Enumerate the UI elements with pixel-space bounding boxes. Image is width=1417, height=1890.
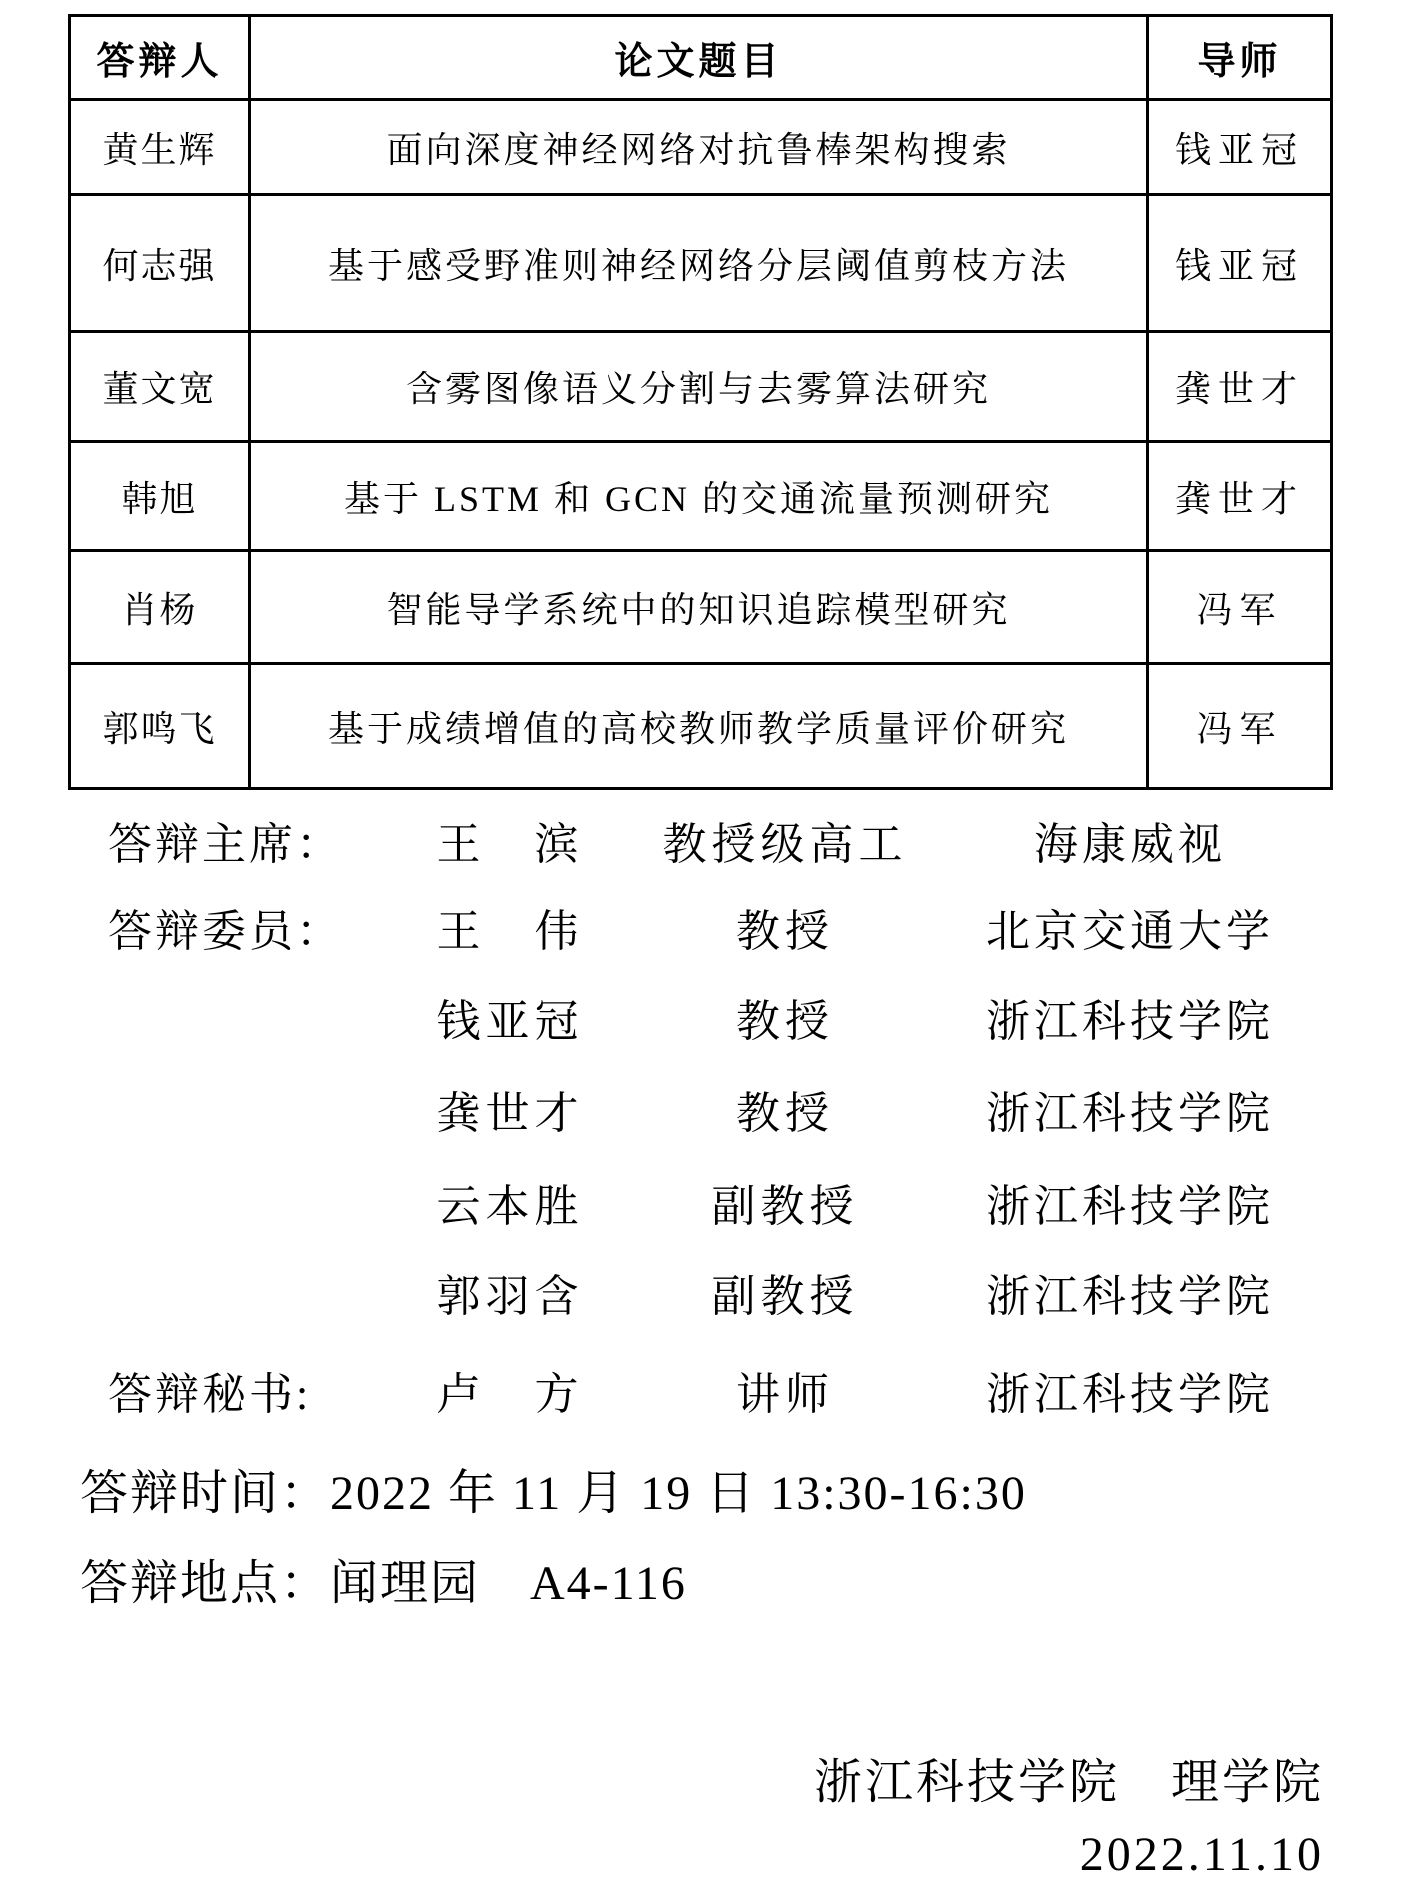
committee-member-title: 讲师 bbox=[642, 1365, 928, 1425]
defender-name: 董文宽 bbox=[70, 332, 250, 442]
committee-member-name: 钱亚冠 bbox=[398, 992, 622, 1052]
committee-role-label: 答辩主席： bbox=[108, 815, 388, 875]
committee-role-label bbox=[108, 992, 388, 1052]
table-header-row: 答辩人 论文题目 导师 bbox=[70, 16, 1332, 100]
defense-time-line: 答辩时间：2022 年 11 月 19 日 13:30-16:30 bbox=[80, 1462, 1027, 1526]
thesis-title: 含雾图像语义分割与去雾算法研究 bbox=[250, 332, 1148, 442]
col-header-advisor: 导师 bbox=[1148, 16, 1332, 100]
defense-location-line: 答辩地点：闻理园 A4-116 bbox=[80, 1552, 687, 1616]
advisor-name: 冯军 bbox=[1148, 551, 1332, 664]
col-header-thesis-title: 论文题目 bbox=[250, 16, 1148, 100]
committee-role-label: 答辩秘书: bbox=[108, 1365, 388, 1425]
committee-member-name: 王 伟 bbox=[398, 902, 622, 962]
table-row: 韩旭 基于 LSTM 和 GCN 的交通流量预测研究 龚世才 bbox=[70, 442, 1332, 551]
advisor-name: 钱亚冠 bbox=[1148, 100, 1332, 195]
advisor-name: 龚世才 bbox=[1148, 442, 1332, 551]
committee-member-title: 副教授 bbox=[642, 1267, 928, 1327]
committee-member-title: 教授 bbox=[642, 992, 928, 1052]
document-page: 答辩人 论文题目 导师 黄生辉 面向深度神经网络对抗鲁棒架构搜索 钱亚冠 何志强… bbox=[0, 0, 1417, 1890]
committee-row-secretary: 答辩秘书: 卢 方 讲师 浙江科技学院 bbox=[0, 1365, 1417, 1425]
defense-schedule-table: 答辩人 论文题目 导师 黄生辉 面向深度神经网络对抗鲁棒架构搜索 钱亚冠 何志强… bbox=[68, 14, 1333, 790]
committee-row-member: 答辩委员： 王 伟 教授 北京交通大学 bbox=[0, 902, 1417, 962]
defender-name: 何志强 bbox=[70, 195, 250, 332]
committee-member-name: 卢 方 bbox=[398, 1365, 622, 1425]
advisor-name: 龚世才 bbox=[1148, 332, 1332, 442]
issuing-organization: 浙江科技学院 理学院 bbox=[814, 1752, 1324, 1814]
thesis-title: 基于 LSTM 和 GCN 的交通流量预测研究 bbox=[250, 442, 1148, 551]
table-row: 黄生辉 面向深度神经网络对抗鲁棒架构搜索 钱亚冠 bbox=[70, 100, 1332, 195]
committee-member-affiliation: 浙江科技学院 bbox=[952, 1084, 1308, 1144]
committee-member-affiliation: 浙江科技学院 bbox=[952, 1177, 1308, 1237]
table-row: 何志强 基于感受野准则神经网络分层阈值剪枝方法 钱亚冠 bbox=[70, 195, 1332, 332]
thesis-title: 基于感受野准则神经网络分层阈值剪枝方法 bbox=[250, 195, 1148, 332]
committee-row-member: 钱亚冠 教授 浙江科技学院 bbox=[0, 992, 1417, 1052]
committee-row-member: 云本胜 副教授 浙江科技学院 bbox=[0, 1177, 1417, 1237]
committee-row-chair: 答辩主席： 王 滨 教授级高工 海康威视 bbox=[0, 815, 1417, 875]
committee-member-affiliation: 浙江科技学院 bbox=[952, 1365, 1308, 1425]
committee-row-member: 龚世才 教授 浙江科技学院 bbox=[0, 1084, 1417, 1144]
defender-name: 郭鸣飞 bbox=[70, 664, 250, 789]
table-row: 郭鸣飞 基于成绩增值的高校教师教学质量评价研究 冯军 bbox=[70, 664, 1332, 789]
issue-date: 2022.11.10 bbox=[1080, 1824, 1324, 1886]
thesis-title: 智能导学系统中的知识追踪模型研究 bbox=[250, 551, 1148, 664]
col-header-defender: 答辩人 bbox=[70, 16, 250, 100]
committee-member-name: 郭羽含 bbox=[398, 1267, 622, 1327]
committee-member-title: 教授 bbox=[642, 1084, 928, 1144]
table-row: 董文宽 含雾图像语义分割与去雾算法研究 龚世才 bbox=[70, 332, 1332, 442]
committee-role-label: 答辩委员： bbox=[108, 902, 388, 962]
committee-role-label bbox=[108, 1267, 388, 1327]
table-row: 肖杨 智能导学系统中的知识追踪模型研究 冯军 bbox=[70, 551, 1332, 664]
defender-name: 韩旭 bbox=[70, 442, 250, 551]
committee-member-title: 教授 bbox=[642, 902, 928, 962]
committee-member-name: 龚世才 bbox=[398, 1084, 622, 1144]
advisor-name: 钱亚冠 bbox=[1148, 195, 1332, 332]
committee-member-name: 王 滨 bbox=[398, 815, 622, 875]
committee-member-affiliation: 浙江科技学院 bbox=[952, 992, 1308, 1052]
defender-name: 黄生辉 bbox=[70, 100, 250, 195]
committee-member-title: 教授级高工 bbox=[642, 815, 928, 875]
committee-member-affiliation: 浙江科技学院 bbox=[952, 1267, 1308, 1327]
thesis-title: 面向深度神经网络对抗鲁棒架构搜索 bbox=[250, 100, 1148, 195]
committee-row-member: 郭羽含 副教授 浙江科技学院 bbox=[0, 1267, 1417, 1327]
committee-member-affiliation: 海康威视 bbox=[952, 815, 1308, 875]
advisor-name: 冯军 bbox=[1148, 664, 1332, 789]
thesis-title: 基于成绩增值的高校教师教学质量评价研究 bbox=[250, 664, 1148, 789]
defender-name: 肖杨 bbox=[70, 551, 250, 664]
committee-member-title: 副教授 bbox=[642, 1177, 928, 1237]
committee-role-label bbox=[108, 1177, 388, 1237]
committee-role-label bbox=[108, 1084, 388, 1144]
committee-member-name: 云本胜 bbox=[398, 1177, 622, 1237]
committee-member-affiliation: 北京交通大学 bbox=[952, 902, 1308, 962]
